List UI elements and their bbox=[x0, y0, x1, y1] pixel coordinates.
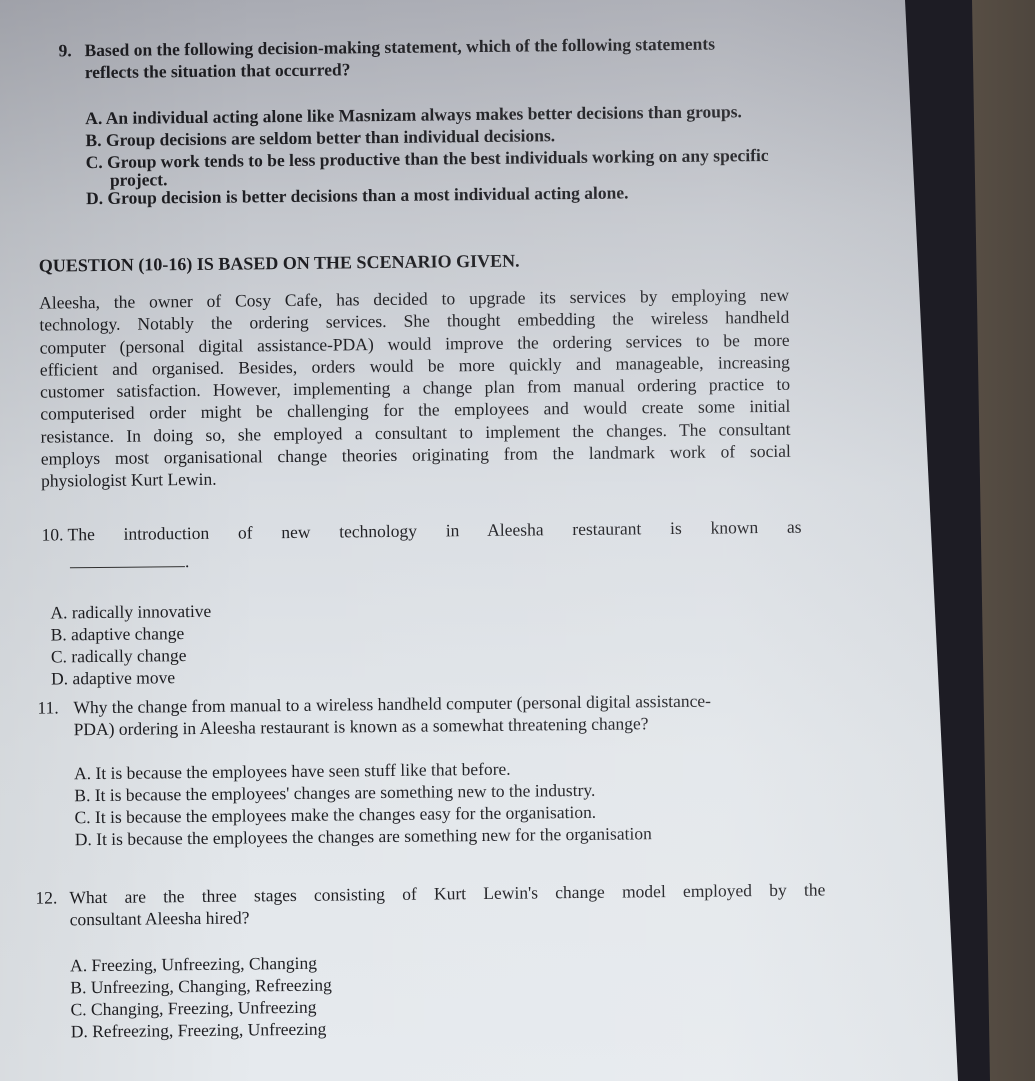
section-heading: QUESTION (10-16) IS BASED ON THE SCENARI… bbox=[39, 250, 520, 277]
question-number: 10. bbox=[41, 523, 67, 545]
question-number: 12. bbox=[35, 886, 69, 908]
question-9: 9. Based on the following decision-makin… bbox=[62, 32, 784, 210]
question-number: 9. bbox=[58, 39, 71, 61]
question-11: 11. Why the change from manual to a wire… bbox=[37, 688, 819, 850]
question-12: 12. What are the three stages consisting… bbox=[35, 878, 827, 1042]
monitor-screen: 9. Based on the following decision-makin… bbox=[0, 0, 1035, 1081]
blank-line bbox=[70, 556, 185, 568]
question-text-line: The introduction of new technology in Al… bbox=[67, 516, 801, 546]
question-10: 10. The introduction of new technology i… bbox=[41, 516, 803, 690]
exam-document: 9. Based on the following decision-makin… bbox=[0, 0, 911, 1081]
scenario-paragraph: Aleesha, the owner of Cosy Cafe, has dec… bbox=[39, 284, 791, 493]
question-number: 11. bbox=[37, 696, 73, 718]
